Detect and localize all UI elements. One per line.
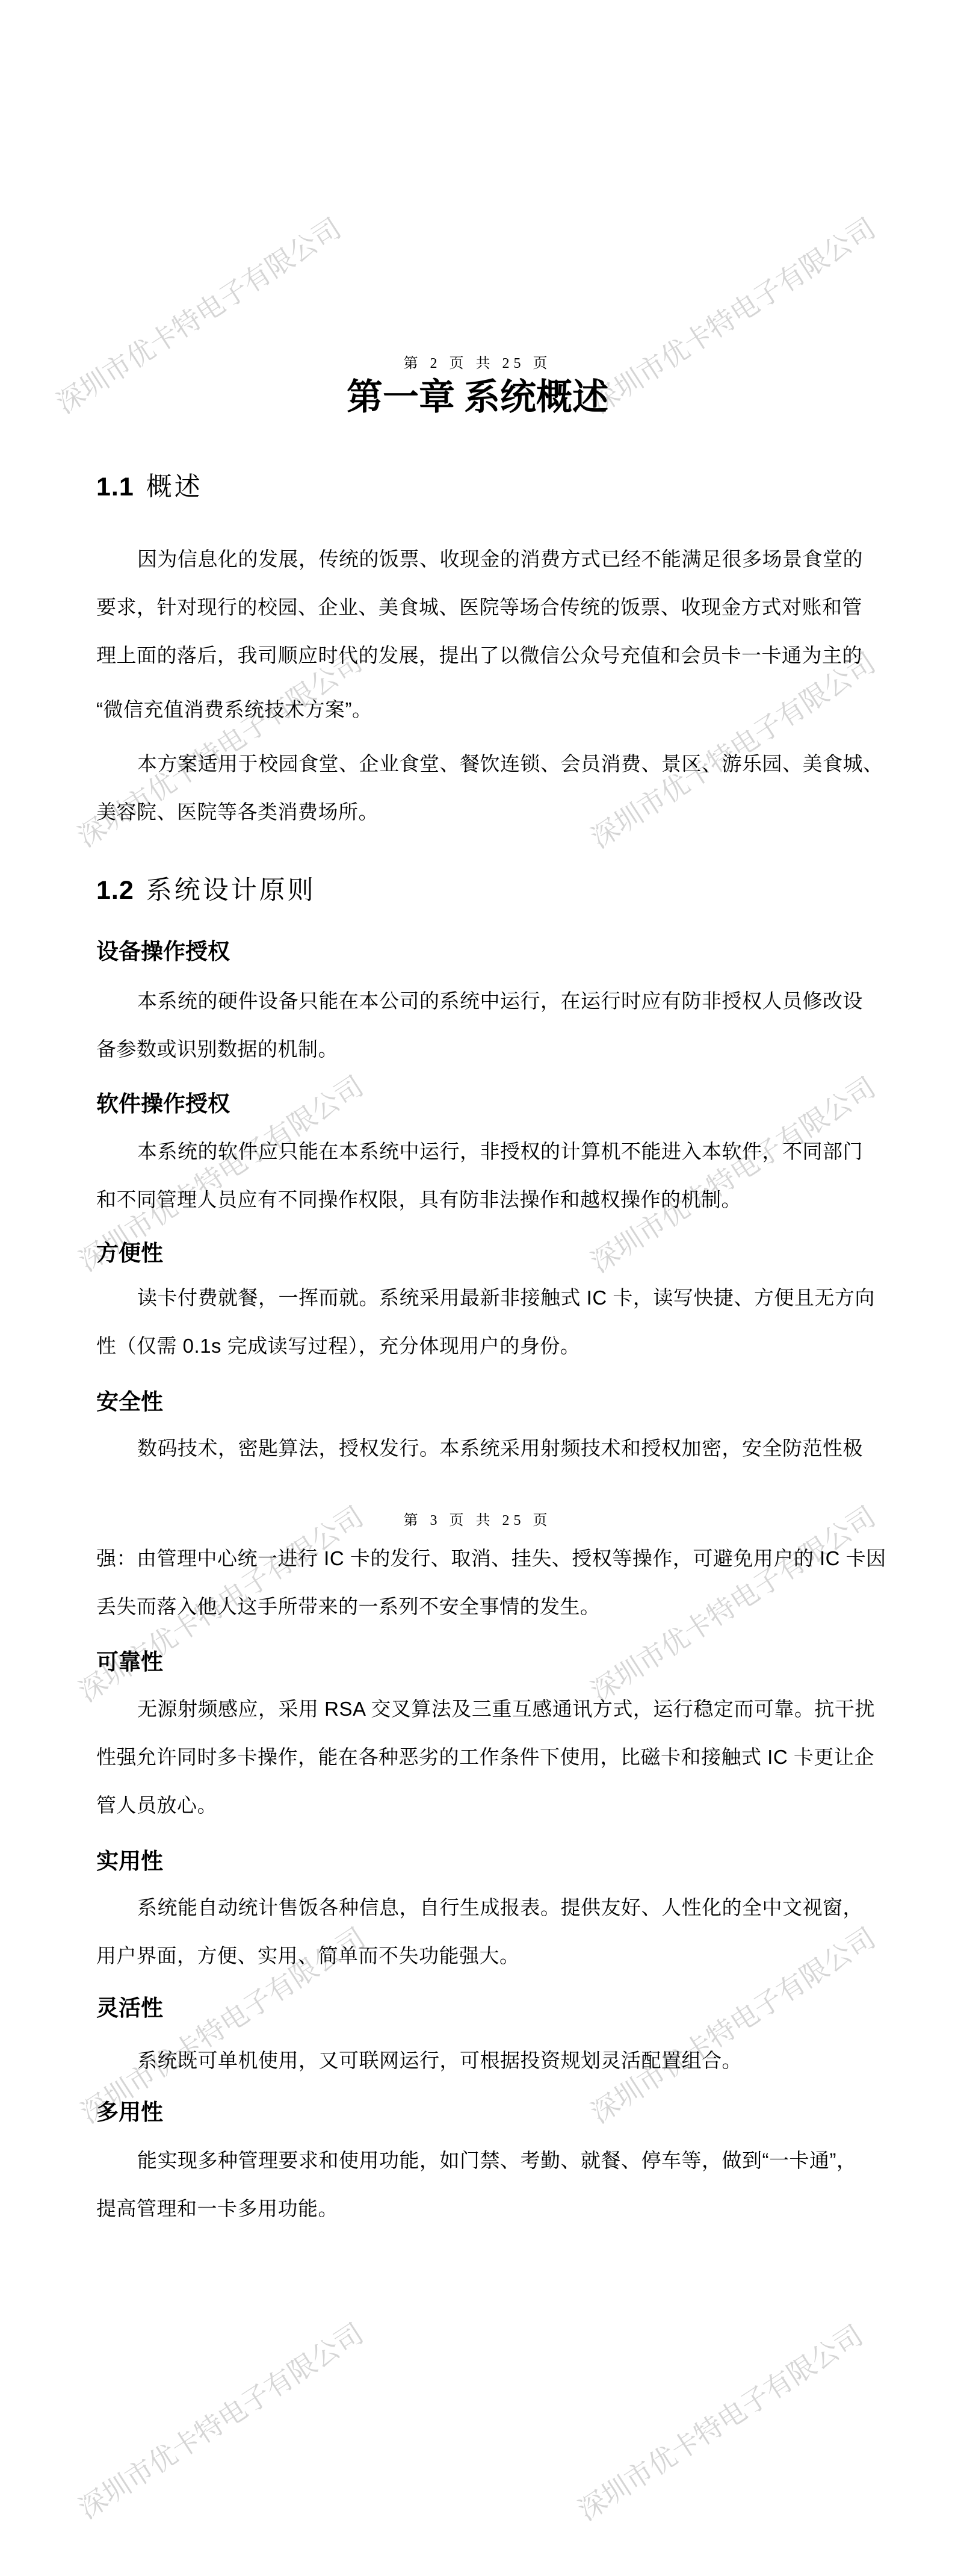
body-line: 强：由管理中心统一进行 IC 卡的发行、取消、挂失、授权等操作，可避免用户的 I… [96, 1543, 886, 1571]
chapter-title: 第一章 系统概述 [0, 368, 955, 420]
section-title: 概述 [146, 473, 203, 501]
principle-heading-practicality: 实用性 [96, 1843, 163, 1875]
section-title: 系统设计原则 [146, 876, 316, 905]
principle-heading-reliability: 可靠性 [96, 1643, 163, 1676]
principle-heading-versatility: 多用性 [96, 2094, 163, 2126]
watermark-text: 深圳市优卡特电子有限公司 [584, 1498, 882, 1710]
body-line: 管人员放心。 [96, 1790, 217, 1818]
body-line: 要求，针对现行的校园、企业、美食城、医院等场合传统的饭票、收现金方式对账和管 [96, 592, 862, 620]
body-line: 能实现多种管理要求和使用功能，如门禁、考勤、就餐、停车等，做到“一卡通”， [137, 2145, 856, 2173]
principle-heading-security: 安全性 [96, 1383, 163, 1416]
body-line: 无源射频感应，采用 RSA 交叉算法及三重互感通讯方式，运行稳定而可靠。抗干扰 [137, 1693, 875, 1722]
page-number-header: 第 3 页 共 25 页 [0, 1508, 955, 1529]
principle-heading-convenience: 方便性 [96, 1235, 163, 1267]
body-line: 备参数或识别数据的机制。 [96, 1034, 338, 1062]
section-heading-1-2: 1.2系统设计原则 [96, 870, 316, 907]
watermark-text: 深圳市优卡特电子有限公司 [584, 1920, 882, 2131]
principle-heading-flexibility: 灵活性 [96, 1990, 163, 2022]
body-line: 性（仅需 0.1s 完成读写过程），充分体现用户的身份。 [96, 1330, 580, 1359]
body-line: 和不同管理人员应有不同操作权限，具有防非法操作和越权操作的机制。 [96, 1184, 741, 1212]
section-number: 1.2 [96, 876, 134, 905]
body-line: 理上面的落后，我司顺应时代的发展，提出了以微信公众号充值和会员卡一卡通为主的 [96, 640, 862, 668]
principle-heading-device-auth: 设备操作授权 [96, 933, 230, 966]
watermark-text: 深圳市优卡特电子有限公司 [72, 2315, 370, 2527]
principle-heading-software-auth: 软件操作授权 [96, 1085, 230, 1118]
body-line: 系统既可单机使用，又可联网运行，可根据投资规划灵活配置组合。 [137, 2045, 742, 2073]
section-heading-1-1: 1.1概述 [96, 467, 203, 503]
body-line: 丢失而落入他人这手所带来的一系列不安全事情的发生。 [96, 1591, 601, 1619]
body-line: 用户界面，方便、实用、简单而不失功能强大。 [96, 1940, 520, 1969]
document-page: 深圳市优卡特电子有限公司 深圳市优卡特电子有限公司 深圳市优卡特电子有限公司 深… [0, 0, 955, 2576]
body-line: 本方案适用于校园食堂、企业食堂、餐饮连锁、会员消费、景区、游乐园、美食城、 [137, 748, 883, 777]
body-line: 提高管理和一卡多用功能。 [96, 2193, 338, 2221]
body-line: 本系统的软件应只能在本系统中运行，非授权的计算机不能进入本软件，不同部门 [137, 1136, 863, 1164]
body-line: 系统能自动统计售饭各种信息，自行生成报表。提供友好、人性化的全中文视窗， [137, 1892, 863, 1920]
body-line: 读卡付费就餐，一挥而就。系统采用最新非接触式 IC 卡，读写快捷、方便且无方向 [137, 1282, 875, 1311]
body-line: 美容院、医院等各类消费场所。 [96, 796, 379, 825]
watermark-text: 深圳市优卡特电子有限公司 [571, 2317, 870, 2528]
body-line: 因为信息化的发展，传统的饭票、收现金的消费方式已经不能满足很多场景食堂的 [137, 544, 863, 572]
body-line: “微信充值消费系统技术方案”。 [96, 694, 372, 722]
watermark-text: 深圳市优卡特电子有限公司 [584, 1069, 882, 1280]
body-line: 性强允许同时多卡操作，能在各种恶劣的工作条件下使用，比磁卡和接触式 IC 卡更让… [96, 1742, 874, 1770]
body-line: 数码技术，密匙算法，授权发行。本系统采用射频技术和授权加密，安全防范性极 [137, 1433, 863, 1461]
body-line: 本系统的硬件设备只能在本公司的系统中运行，在运行时应有防非授权人员修改设 [137, 985, 863, 1014]
section-number: 1.1 [96, 473, 134, 501]
